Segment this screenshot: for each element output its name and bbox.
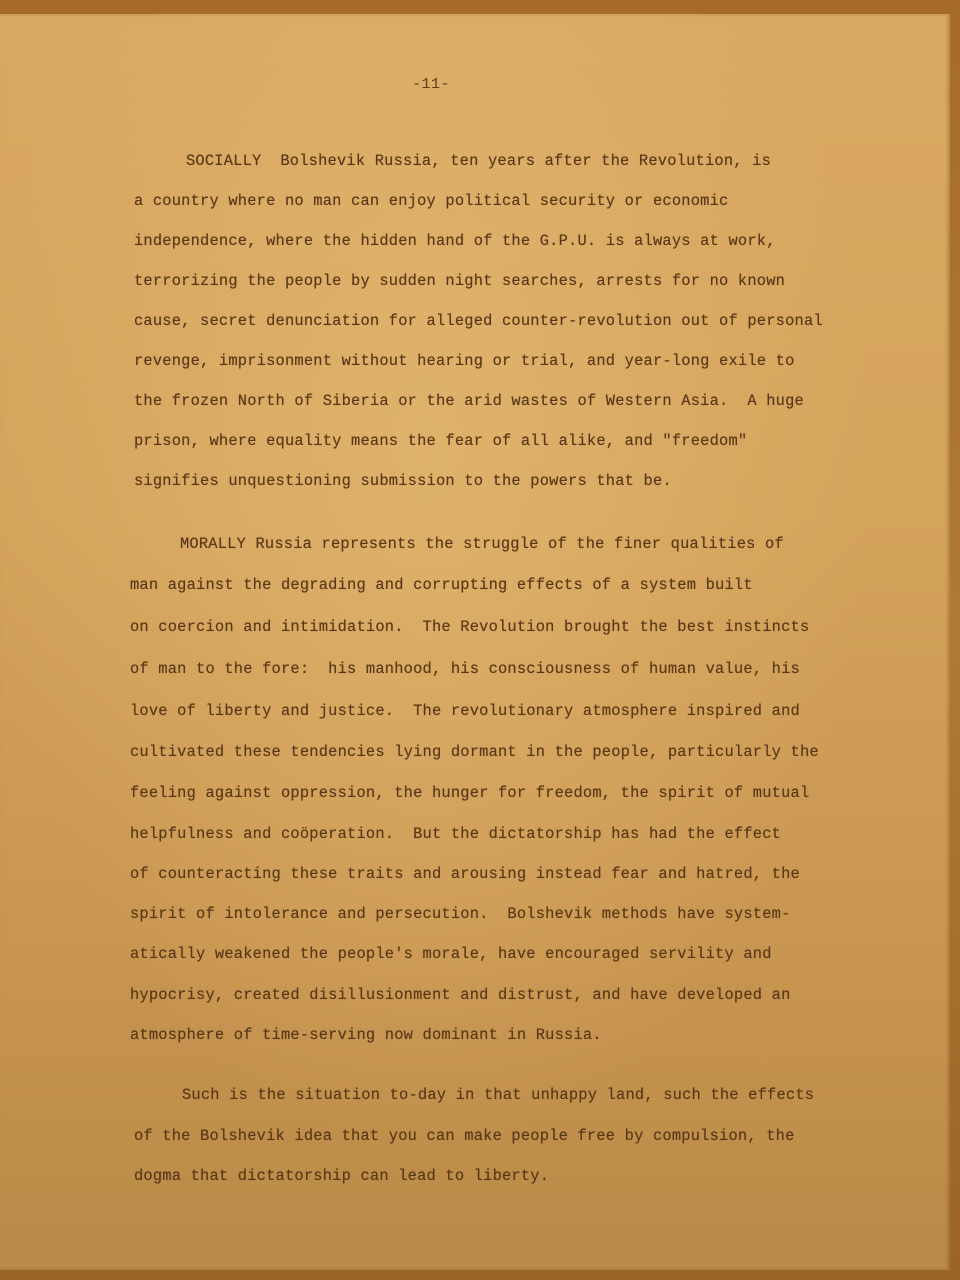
text-line: independence, where the hidden hand of t…: [134, 232, 776, 250]
page-content: -11- SOCIALLY Bolshevik Russia, ten year…: [0, 14, 950, 1270]
text-line: prison, where equality means the fear of…: [134, 432, 747, 450]
page-number: -11-: [412, 76, 450, 93]
text-line: cultivated these tendencies lying dorman…: [130, 743, 819, 761]
text-line: feeling against oppression, the hunger f…: [130, 784, 809, 802]
text-line: terrorizing the people by sudden night s…: [134, 272, 785, 290]
text-line: revenge, imprisonment without hearing or…: [134, 352, 795, 370]
text-line: helpfulness and coöperation. But the dic…: [130, 825, 781, 843]
text-line: atmosphere of time-serving now dominant …: [130, 1026, 602, 1044]
text-line: on coercion and intimidation. The Revolu…: [130, 618, 809, 636]
text-line: of the Bolshevik idea that you can make …: [134, 1127, 795, 1145]
text-line: spirit of intolerance and persecution. B…: [130, 905, 791, 923]
text-line: a country where no man can enjoy politic…: [134, 192, 728, 210]
text-line: Such is the situation to-day in that unh…: [182, 1086, 814, 1104]
text-line: of counteracting these traits and arousi…: [130, 865, 800, 883]
text-line: dogma that dictatorship can lead to libe…: [134, 1167, 549, 1185]
text-line: of man to the fore: his manhood, his con…: [130, 660, 800, 678]
text-line: hypocrisy, created disillusionment and d…: [130, 986, 791, 1004]
text-line: the frozen North of Siberia or the arid …: [134, 392, 804, 410]
text-line: love of liberty and justice. The revolut…: [130, 702, 800, 720]
text-line: man against the degrading and corrupting…: [130, 576, 753, 594]
text-line: signifies unquestioning submission to th…: [134, 472, 672, 490]
typewritten-page: -11- SOCIALLY Bolshevik Russia, ten year…: [0, 14, 950, 1270]
text-line: SOCIALLY Bolshevik Russia, ten years aft…: [186, 152, 771, 170]
text-line: MORALLY Russia represents the struggle o…: [180, 535, 784, 553]
text-line: cause, secret denunciation for alleged c…: [134, 312, 823, 330]
text-line: atically weakened the people's morale, h…: [130, 945, 772, 963]
